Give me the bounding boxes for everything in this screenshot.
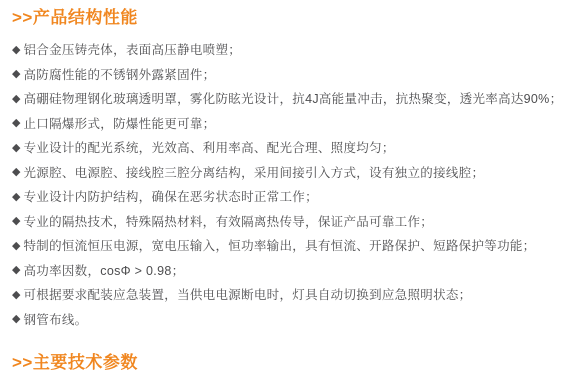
feature-item: ◆ 高防腐性能的不锈钢外露紧固件； [12,62,563,87]
feature-item: ◆ 光源腔、电源腔、接线腔三腔分离结构，采用间接引入方式，设有独立的接线腔； [12,160,563,185]
feature-item: ◆ 钢管布线。 [12,307,563,332]
feature-text: 高防腐性能的不锈钢外露紧固件； [23,65,215,83]
feature-text: 专业设计内防护结构，确保在恶劣状态时正常工作； [23,187,317,205]
feature-item: ◆ 可根据要求配装应急装置，当供电电源断电时，灯具自动切换到应急照明状态； [12,282,563,307]
feature-text: 可根据要求配装应急装置，当供电电源断电时，灯具自动切换到应急照明状态； [23,285,471,303]
diamond-bullet-icon: ◆ [12,214,20,227]
feature-text: 铝合金压铸壳体，表面高压静电喷塑； [23,40,241,58]
diamond-bullet-icon: ◆ [12,92,20,105]
feature-list: ◆ 铝合金压铸壳体，表面高压静电喷塑； ◆ 高防腐性能的不锈钢外露紧固件； ◆ … [12,37,563,331]
feature-item: ◆ 特制的恒流恒压电源，宽电压输入，恒功率输出，具有恒流、开路保护、短路保护等功… [12,233,563,258]
feature-item: ◆ 高功率因数，cosΦ > 0.98； [12,258,563,283]
diamond-bullet-icon: ◆ [12,312,20,325]
feature-text: 专业设计的配光系统，光效高、利用率高、配光合理、照度均匀； [23,138,394,156]
feature-item: ◆ 专业的隔热技术，特殊隔热材料，有效隔离热传导，保证产品可靠工作； [12,209,563,234]
feature-text: 光源腔、电源腔、接线腔三腔分离结构，采用间接引入方式，设有独立的接线腔； [23,163,484,181]
diamond-bullet-icon: ◆ [12,190,20,203]
feature-text: 止口隔爆形式，防爆性能更可靠； [23,114,215,132]
feature-item: ◆ 止口隔爆形式，防爆性能更可靠； [12,111,563,136]
diamond-bullet-icon: ◆ [12,43,20,56]
diamond-bullet-icon: ◆ [12,141,20,154]
section-title-technical-parameters: >>主要技术参数 [12,353,563,373]
diamond-bullet-icon: ◆ [12,67,20,80]
diamond-bullet-icon: ◆ [12,239,20,252]
feature-item: ◆ 铝合金压铸壳体，表面高压静电喷塑； [12,37,563,62]
feature-item: ◆ 高硼硅物理钢化玻璃透明罩，雾化防眩光设计，抗4J高能量冲击，抗热聚变，透光率… [12,86,563,111]
section-title-structure-performance: >>产品结构性能 [12,8,563,28]
feature-item: ◆ 专业设计内防护结构，确保在恶劣状态时正常工作； [12,184,563,209]
feature-text: 高硼硅物理钢化玻璃透明罩，雾化防眩光设计，抗4J高能量冲击，抗热聚变，透光率高达… [23,89,562,107]
feature-text: 钢管布线。 [23,310,87,328]
feature-item: ◆ 专业设计的配光系统，光效高、利用率高、配光合理、照度均匀； [12,135,563,160]
diamond-bullet-icon: ◆ [12,288,20,301]
feature-text: 高功率因数，cosΦ > 0.98； [23,261,184,279]
feature-text: 特制的恒流恒压电源，宽电压输入，恒功率输出，具有恒流、开路保护、短路保护等功能； [23,236,535,254]
diamond-bullet-icon: ◆ [12,165,20,178]
product-spec-page: >>产品结构性能 ◆ 铝合金压铸壳体，表面高压静电喷塑； ◆ 高防腐性能的不锈钢… [0,0,573,376]
feature-text: 专业的隔热技术，特殊隔热材料，有效隔离热传导，保证产品可靠工作； [23,212,433,230]
diamond-bullet-icon: ◆ [12,116,20,129]
diamond-bullet-icon: ◆ [12,263,20,276]
